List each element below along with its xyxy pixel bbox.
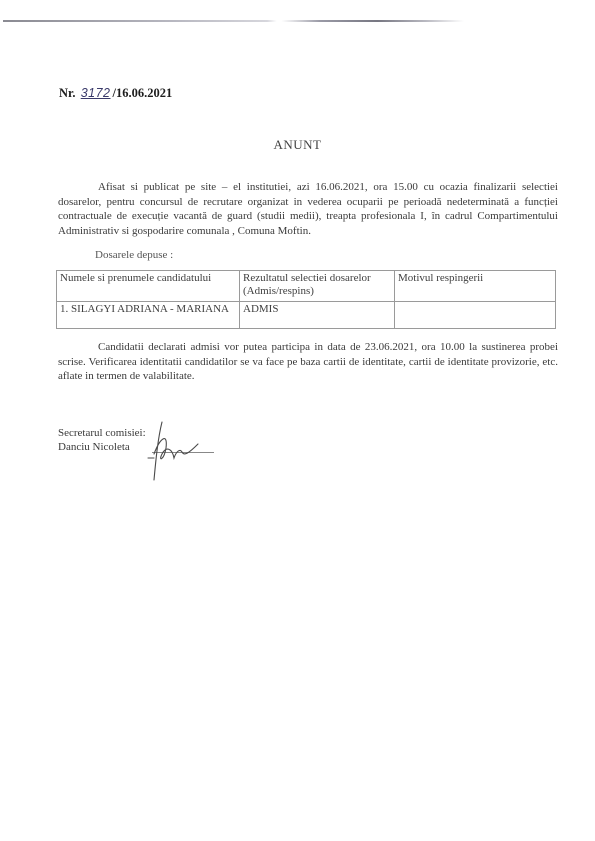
- cell-rejection-reason: [395, 302, 556, 329]
- header-candidate-name: Numele si prenumele candidatului: [57, 271, 240, 302]
- document-title: ANUNT: [0, 137, 595, 153]
- scan-artifact-line: [3, 20, 483, 22]
- signatory-role: Secretarul comisiei:: [58, 426, 146, 440]
- table-row: 1. SILAGYI ADRIANA - MARIANA ADMIS: [57, 302, 556, 329]
- signatory-name: Danciu Nicoleta: [58, 440, 146, 454]
- nr-label: Nr.: [59, 86, 76, 100]
- deposited-files-label: Dosarele depuse :: [95, 249, 173, 261]
- nr-date: /16.06.2021: [113, 86, 173, 100]
- cell-candidate-name: 1. SILAGYI ADRIANA - MARIANA: [57, 302, 240, 329]
- nr-number-handwritten: 3172: [79, 86, 113, 100]
- closing-paragraph: Candidatii declarati admisi vor putea pa…: [58, 340, 558, 384]
- intro-paragraph: Afisat si publicat pe site – el institut…: [58, 180, 558, 238]
- cell-selection-result: ADMIS: [240, 302, 395, 329]
- header-selection-result: Rezultatul selectiei dosarelor (Admis/re…: [240, 271, 395, 302]
- candidates-table: Numele si prenumele candidatului Rezulta…: [56, 270, 556, 329]
- header-rejection-reason: Motivul respingerii: [395, 271, 556, 302]
- handwritten-signature-icon: [142, 418, 212, 484]
- signature-block: Secretarul comisiei: Danciu Nicoleta: [58, 426, 146, 454]
- table-header-row: Numele si prenumele candidatului Rezulta…: [57, 271, 556, 302]
- registration-number: Nr. 3172/16.06.2021: [59, 86, 172, 101]
